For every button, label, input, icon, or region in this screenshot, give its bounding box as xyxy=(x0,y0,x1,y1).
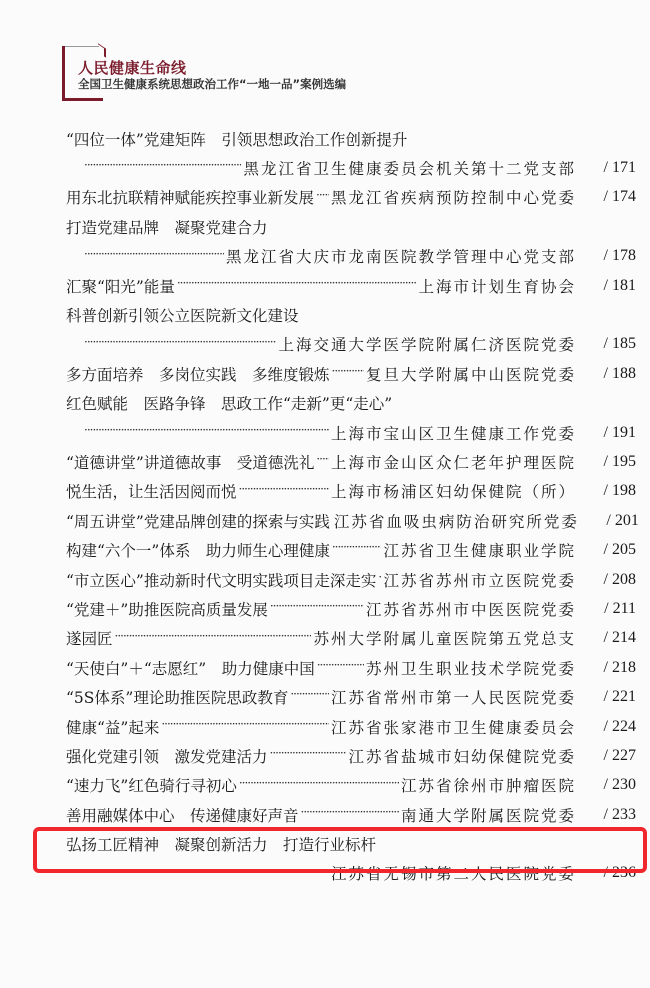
toc-entry: 黑龙江省卫生健康委员会机关第十二党支部/ 171 xyxy=(66,153,636,182)
leader-dots xyxy=(332,366,364,382)
book-header: 人民健康生命线 全国卫生健康系统思想政治工作“一地一品”案例选编 xyxy=(62,42,362,98)
entry-title: 红色赋能 医路争锋 思政工作“走新”更“走心” xyxy=(66,392,392,414)
entry-organization: 江苏省盐城市妇幼保健院党委 xyxy=(348,745,576,767)
leader-dots xyxy=(239,778,399,794)
leader-dots xyxy=(301,807,399,823)
entry-page-number: / 208 xyxy=(576,571,636,589)
entry-title: 善用融媒体中心 传递健康好声音 xyxy=(66,804,299,826)
entry-title: 打造党建品牌 凝聚党建合力 xyxy=(66,216,268,238)
leader-dots xyxy=(177,278,417,294)
entry-page-number: / 188 xyxy=(576,365,636,383)
entry-page-number: / 227 xyxy=(576,747,636,765)
entry-organization: 黑龙江省大庆市龙南医院教学管理中心党支部 xyxy=(226,245,576,267)
toc-entry: 遂园匠苏州大学附属儿童医院第五党总支/ 214 xyxy=(66,624,636,653)
entry-title: “道德讲堂”讲道德故事 受道德洗礼 xyxy=(66,451,314,473)
entry-organization: 上海市金山区众仁老年护理医院 xyxy=(331,451,576,473)
table-of-contents: “四位一体”党建矩阵 引领思想政治工作创新提升黑龙江省卫生健康委员会机关第十二党… xyxy=(66,124,636,888)
leader-dots xyxy=(316,190,329,206)
entry-organization: 上海市杨浦区妇幼保健院（所） xyxy=(331,480,576,502)
entry-page-number: / 211 xyxy=(576,600,636,618)
leader-dots xyxy=(332,542,382,558)
entry-organization: 复旦大学附属中山医院党委 xyxy=(366,363,576,385)
toc-entry-highlighted: 善用融媒体中心 传递健康好声音南通大学附属医院党委/ 233 xyxy=(66,800,636,829)
entry-page-number: / 195 xyxy=(576,453,636,471)
toc-entry: 健康“益”起来江苏省张家港市卫生健康委员会/ 224 xyxy=(66,712,636,741)
toc-entry: “市立医心”推动新时代文明实践项目走深走实江苏省苏州市立医院党委/ 208 xyxy=(66,565,636,594)
leader-dots xyxy=(84,160,241,176)
entry-page-number: / 191 xyxy=(576,424,636,442)
entry-page-number: / 214 xyxy=(576,629,636,647)
entry-title: 悦生活，让生活因阅而悦 xyxy=(66,480,237,502)
leader-dots xyxy=(84,249,224,265)
entry-organization: 苏州卫生职业技术学院党委 xyxy=(366,657,576,679)
entry-page-number: / 181 xyxy=(576,277,636,295)
entry-page-number: / 221 xyxy=(576,688,636,706)
entry-page-number: / 174 xyxy=(576,188,636,206)
toc-entry: 科普创新引领公立医院新文化建设 xyxy=(66,300,636,329)
highlight-box xyxy=(33,827,647,873)
entry-organization: 上海市宝山区卫生健康工作党委 xyxy=(331,422,576,444)
toc-entry: 悦生活，让生活因阅而悦上海市杨浦区妇幼保健院（所）/ 198 xyxy=(66,477,636,506)
entry-title: “天使白”＋“志愿红” 助力健康中国 xyxy=(66,657,315,679)
book-title: 人民健康生命线 xyxy=(78,57,187,78)
entry-title: “周五讲堂”党建品牌创建的探索与实践 xyxy=(66,510,330,532)
entry-page-number: / 233 xyxy=(576,806,636,824)
leader-dots xyxy=(84,337,276,353)
leader-dots xyxy=(115,631,312,647)
leader-dots xyxy=(161,719,329,735)
toc-entry: 构建“六个一”体系 助力师生心理健康江苏省卫生健康职业学院/ 205 xyxy=(66,535,636,564)
entry-page-number: / 205 xyxy=(576,541,636,559)
entry-title: “速力飞”红色骑行寻初心 xyxy=(66,774,237,796)
entry-title: 强化党建引领 激发党建活力 xyxy=(66,745,268,767)
toc-entry: 强化党建引领 激发党建活力江苏省盐城市妇幼保健院党委/ 227 xyxy=(66,741,636,770)
entry-title: “5S体系”理论助推医院思政教育 xyxy=(66,686,288,708)
toc-entry: “道德讲堂”讲道德故事 受道德洗礼上海市金山区众仁老年护理医院/ 195 xyxy=(66,447,636,476)
toc-entry: 上海交通大学医学院附属仁济医院党委/ 185 xyxy=(66,330,636,359)
entry-organization: 江苏省卫生健康职业学院 xyxy=(383,539,576,561)
leader-dots xyxy=(290,689,329,705)
leader-dots xyxy=(378,572,381,588)
entry-title: 构建“六个一”体系 助力师生心理健康 xyxy=(66,539,330,561)
entry-page-number: / 224 xyxy=(576,718,636,736)
toc-entry: “5S体系”理论助推医院思政教育江苏省常州市第一人民医院党委/ 221 xyxy=(66,682,636,711)
toc-entry: 打造党建品牌 凝聚党建合力 xyxy=(66,212,636,241)
entry-organization: 上海市计划生育协会 xyxy=(418,275,576,297)
book-subtitle: 全国卫生健康系统思想政治工作“一地一品”案例选编 xyxy=(78,76,346,92)
entry-organization: 江苏省血吸虫病防治研究所党委 xyxy=(334,510,579,532)
entry-organization: 苏州大学附属儿童医院第五党总支 xyxy=(313,627,576,649)
entry-title: 多方面培养 多岗位实践 多维度锻炼 xyxy=(66,363,330,385)
entry-page-number: / 201 xyxy=(579,512,639,530)
entry-title: “四位一体”党建矩阵 引领思想政治工作创新提升 xyxy=(66,128,407,150)
toc-entry: “四位一体”党建矩阵 引领思想政治工作创新提升 xyxy=(66,124,636,153)
entry-organization: 黑龙江省疾病预防控制中心党委 xyxy=(331,186,576,208)
toc-entry: 多方面培养 多岗位实践 多维度锻炼复旦大学附属中山医院党委/ 188 xyxy=(66,359,636,388)
entry-page-number: / 171 xyxy=(576,159,636,177)
leader-dots xyxy=(239,484,329,500)
entry-organization: 江苏省苏州市中医医院党委 xyxy=(366,598,576,620)
entry-title: 用东北抗联精神赋能疾控事业新发展 xyxy=(66,186,314,208)
entry-title: 汇聚“阳光”能量 xyxy=(66,275,175,297)
leader-dots xyxy=(316,454,329,470)
toc-entry: “速力飞”红色骑行寻初心江苏省徐州市肿瘤医院/ 230 xyxy=(66,771,636,800)
entry-page-number: / 230 xyxy=(576,776,636,794)
entry-organization: 江苏省常州市第一人民医院党委 xyxy=(331,686,576,708)
leader-dots xyxy=(270,748,347,764)
toc-entry: 用东北抗联精神赋能疾控事业新发展黑龙江省疾病预防控制中心党委/ 174 xyxy=(66,183,636,212)
entry-organization: 南通大学附属医院党委 xyxy=(401,804,576,826)
toc-entry: “党建＋”助推医院高质量发展江苏省苏州市中医医院党委/ 211 xyxy=(66,594,636,623)
entry-title: 健康“益”起来 xyxy=(66,716,159,738)
entry-organization: 江苏省苏州市立医院党委 xyxy=(383,569,576,591)
entry-title: “党建＋”助推医院高质量发展 xyxy=(66,598,268,620)
toc-entry: 上海市宝山区卫生健康工作党委/ 191 xyxy=(66,418,636,447)
leader-dots xyxy=(270,601,364,617)
toc-entry: 黑龙江省大庆市龙南医院教学管理中心党支部/ 178 xyxy=(66,242,636,271)
leader-dots xyxy=(317,660,364,676)
toc-entry: 红色赋能 医路争锋 思政工作“走新”更“走心” xyxy=(66,389,636,418)
entry-page-number: / 198 xyxy=(576,482,636,500)
entry-organization: 江苏省徐州市肿瘤医院 xyxy=(401,774,576,796)
toc-entry: “周五讲堂”党建品牌创建的探索与实践江苏省血吸虫病防治研究所党委/ 201 xyxy=(66,506,636,535)
toc-entry: 汇聚“阳光”能量上海市计划生育协会/ 181 xyxy=(66,271,636,300)
entry-title: 遂园匠 xyxy=(66,627,113,649)
entry-organization: 上海交通大学医学院附属仁济医院党委 xyxy=(278,333,576,355)
entry-title: “市立医心”推动新时代文明实践项目走深走实 xyxy=(66,569,376,591)
leader-dots xyxy=(84,425,329,441)
entry-page-number: / 185 xyxy=(576,335,636,353)
toc-entry: “天使白”＋“志愿红” 助力健康中国苏州卫生职业技术学院党委/ 218 xyxy=(66,653,636,682)
entry-organization: 黑龙江省卫生健康委员会机关第十二党支部 xyxy=(243,157,576,179)
entry-title: 科普创新引领公立医院新文化建设 xyxy=(66,304,299,326)
entry-organization: 江苏省张家港市卫生健康委员会 xyxy=(331,716,576,738)
entry-page-number: / 178 xyxy=(576,247,636,265)
entry-page-number: / 218 xyxy=(576,659,636,677)
header-frame-top-line xyxy=(65,46,99,47)
